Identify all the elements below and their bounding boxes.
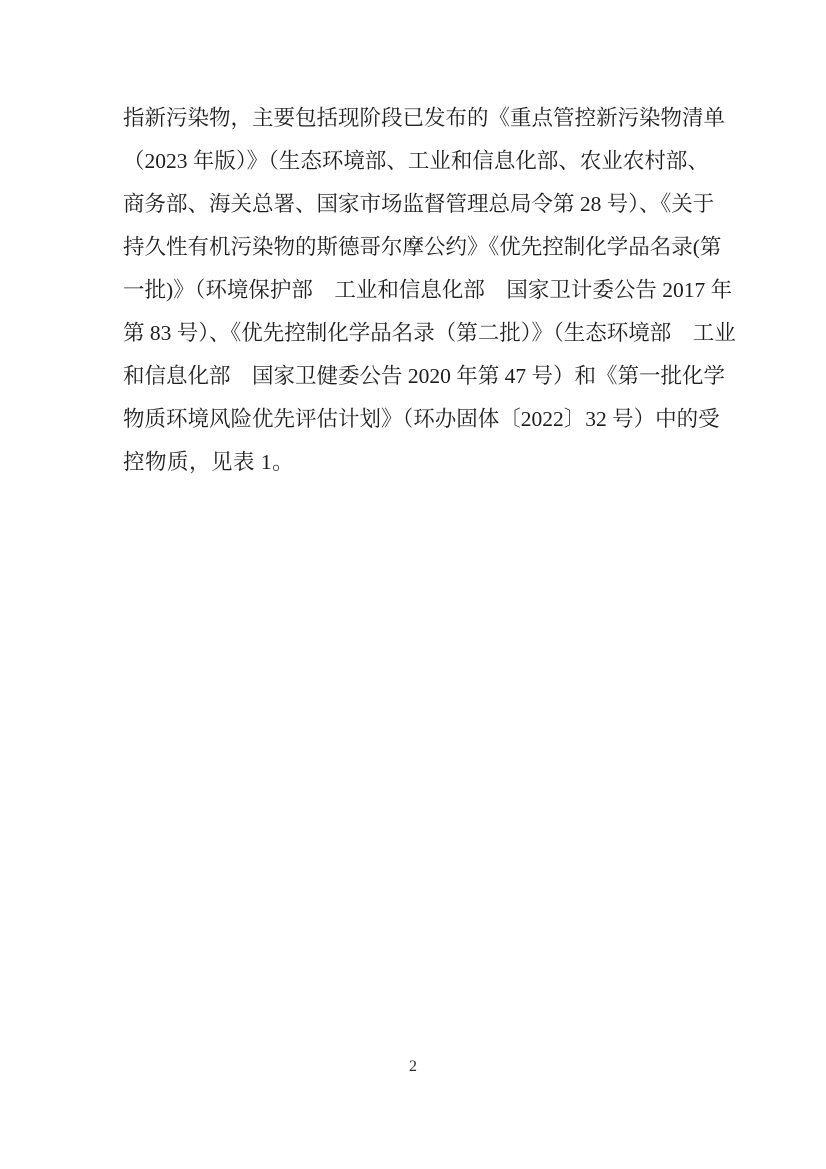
document-page: 指新污染物，主要包括现阶段已发布的《重点管控新污染物清单 （2023 年版）》（… [0, 0, 826, 1169]
paragraph: 指新污染物，主要包括现阶段已发布的《重点管控新污染物清单 （2023 年版）》（… [123, 97, 708, 484]
text-line: 和信息化部 国家卫健委公告 2020 年第 47 号）和《第一批化学 [123, 355, 708, 398]
text-line: 第 83 号）、《优先控制化学品名录（第二批）》（生态环境部 工业 [123, 312, 708, 355]
text-line: 指新污染物，主要包括现阶段已发布的《重点管控新污染物清单 [123, 97, 708, 140]
text-line: （2023 年版）》（生态环境部、工业和信息化部、农业农村部、 [123, 140, 708, 183]
text-line: 持久性有机污染物的斯德哥尔摩公约》《优先控制化学品名录(第 [123, 226, 708, 269]
text-line: 一批)》（环境保护部 工业和信息化部 国家卫计委公告 2017 年 [123, 269, 708, 312]
text-line: 物质环境风险优先评估计划》（环办固体〔2022〕32 号）中的受 [123, 398, 708, 441]
text-line: 控物质，见表 1。 [123, 441, 708, 484]
page-number: 2 [0, 1058, 826, 1076]
text-line: 商务部、海关总署、国家市场监督管理总局令第 28 号）、《关于 [123, 183, 708, 226]
